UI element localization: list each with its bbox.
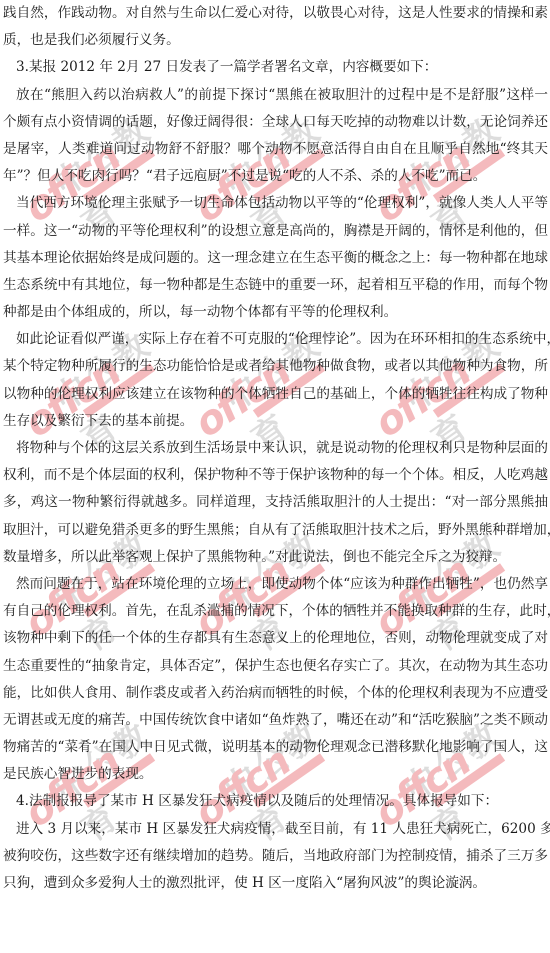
text-line: 4.法制报报导了某市 H 区暴发狂犬病疫情以及随后的处理情况。具体报导如下： [0, 788, 550, 815]
text-line: 年”？但人不吃肉行吗？“君子远庖厨”不过是说“吃的人不杀、杀的人不吃”而已。 [0, 163, 550, 190]
text-line: 无谓甚或无度的痛苦。中国传统饮食中诸如“鱼炸熟了，嘴还在动”和“活吃猴脑”之类不… [0, 707, 550, 734]
text-line: 种都是由个体组成的，所以，每一动物个体都有平等的伦理权利。 [0, 299, 550, 326]
text-line: 然而问题在于，站在环境伦理的立场上，即使动物个体“应该为种群作出牺牲”，也仍然享 [0, 571, 550, 598]
text-line: 只狗，遭到众多爱狗人士的激烈批评，使 H 区一度陷入“屠狗风波”的舆论漩涡。 [0, 870, 550, 897]
text-line: 3.某报 2012 年 2月 27 日发表了一篇学者署名文章，内容概要如下： [0, 54, 550, 81]
text-line: 有自己的伦理权利。首先，在乱杀滥捕的情况下，个体的牺牲并不能换取种群的生存，此时… [0, 598, 550, 625]
text-line: 其基本理论依据始终是成问题的。这一理念建立在生态平衡的概念之上：每一物种都在地球 [0, 245, 550, 272]
text-line: 某个特定物种所履行的生态功能恰恰是或者给其他物种做食物，或者以其他物种为食物，所 [0, 353, 550, 380]
text-line: 该物种中剩下的任一个体的生存都具有生态意义上的伦理地位，否则，动物伦理就变成了对 [0, 625, 550, 652]
text-line: 当代西方环境伦理主张赋予一切生命体包括动物以平等的“伦理权利”，就像人类人人平等 [0, 190, 550, 217]
text-line: 生存以及繁衍下去的基本前提。 [0, 408, 550, 435]
text-line: 数量增多，所以此举客观上保护了黑熊物种。”对此说法，倒也不能完全斥之为狡辩。 [0, 544, 550, 571]
text-line: 是民族心智进步的表现。 [0, 761, 550, 788]
text-line: 生态系统中有其地位，每一物种都是生态链中的重要一环，起着相互平稳的作用，而每个物 [0, 272, 550, 299]
text-line: 个颇有点小资情调的话题，好像迂阔得很：全球人口每天吃掉的动物难以计数，无论饲养还 [0, 109, 550, 136]
text-line: 物痛苦的“菜肴”在国人中日见式微，说明基本的动物伦理观念已潜移默化地影响了国人，… [0, 734, 550, 761]
text-line: 被狗咬伤，这些数字还有继续增加的趋势。随后，当地政府部门为控制疫情，捕杀了三万多 [0, 843, 550, 870]
text-line: 权利，而不是个体层面的权利，保护物种不等于保护该物种的每一个个体。相反，人吃鸡越 [0, 462, 550, 489]
text-line: 多，鸡这一物种繁衍得就越多。同样道理，支持活熊取胆汁的人士提出：“对一部分黑熊抽 [0, 489, 550, 516]
text-line: 放在“熊胆入药以治病救人”的前提下探讨“黑熊在被取胆汁的过程中是不是舒服”这样一 [0, 82, 550, 109]
text-line: 取胆汁，可以避免猎杀更多的野生黑熊；自从有了活熊取胆汁技术之后，野外黑熊种群增加… [0, 517, 550, 544]
text-line: 以物种的伦理权利应该建立在该物种的个体牺牲自己的基础上，个体的牺牲往往构成了物种 [0, 381, 550, 408]
text-line: 质，也是我们必须履行义务。 [0, 27, 550, 54]
text-line: 生态重要性的“抽象肯定，具体否定”，保护生态也便名存实亡了。其次，在动物为其生态… [0, 653, 550, 680]
text-line: 一样。这一“动物的平等伦理权利”的设想立意是高尚的，胸襟是开阔的，情怀是利他的，… [0, 218, 550, 245]
text-line: 践自然，作践动物。对自然与生命以仁爱心对待，以敬畏心对待，这是人性要求的情操和素 [0, 0, 550, 27]
document-body: 践自然，作践动物。对自然与生命以仁爱心对待，以敬畏心对待，这是人性要求的情操和素… [0, 0, 550, 897]
text-line: 将物种与个体的这层关系放到生活场景中来认识，就是说动物的伦理权利只是物种层面的 [0, 435, 550, 462]
text-line: 进入 3 月以来，某市 H 区暴发狂犬病疫情，截至目前，有 11 人患狂犬病死亡… [0, 816, 550, 843]
text-line: 是屠宰，人类难道问过动物舒不舒服？哪个动物不愿意活得自由自在且顺乎自然地“终其天 [0, 136, 550, 163]
text-line: 如此论证看似严谨，实际上存在着不可克服的“伦理悖论”。因为在环环相扣的生态系统中… [0, 326, 550, 353]
text-line: 能，比如供人食用、制作裘皮或者入药治病而牺牲的时候，个体的伦理权利表现为不应遭受 [0, 680, 550, 707]
